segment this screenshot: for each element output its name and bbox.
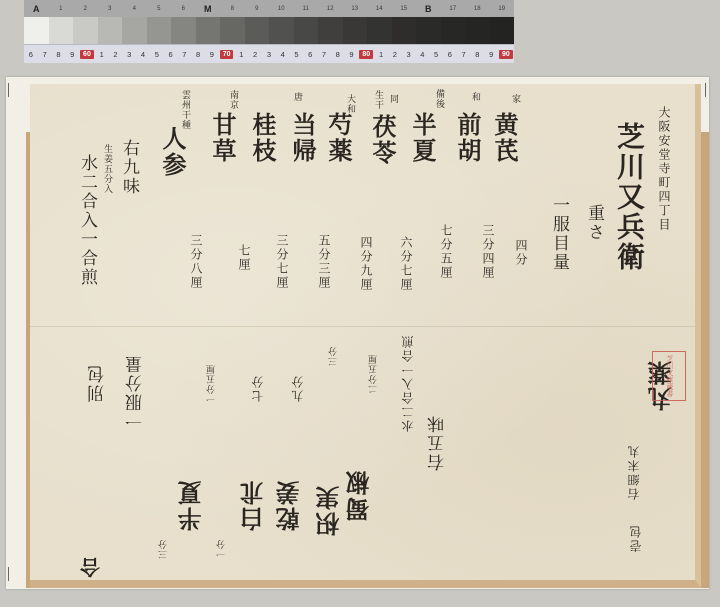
gray-patch	[49, 17, 74, 44]
scale-label: 14	[367, 6, 392, 12]
ruler-tick-label: 4	[136, 50, 150, 59]
ingredient-amount: 三分八厘	[190, 234, 202, 290]
lower-amount-note: 三分	[330, 346, 339, 366]
decoction-instruction: 水二合入一合煎	[78, 154, 95, 287]
gray-patch	[73, 17, 98, 44]
gray-patch	[392, 17, 417, 44]
ruler-tick-label: 9	[345, 50, 359, 59]
lower-separate-pack: 別包	[90, 364, 107, 402]
lower-amount-note: 七分	[252, 374, 264, 402]
lower-ingredient: 蜀椒	[348, 469, 372, 521]
gray-patch	[416, 17, 441, 44]
ingredient-origin: 家	[510, 94, 519, 104]
lower-amount-note: 三分	[160, 539, 169, 559]
gray-patch	[441, 17, 466, 44]
scale-label: 9	[245, 6, 270, 12]
ruler-tick-label: 2	[248, 50, 262, 59]
ingredient-amount: 三分七厘	[276, 234, 288, 290]
scale-label: 13	[343, 6, 368, 12]
gray-patch	[269, 17, 294, 44]
lower-decoction-instruction: 水二合入一合煎	[402, 334, 414, 432]
collector-seal-stamp: 芝川文庫蔵書	[652, 351, 686, 401]
lower-amount-note: 一分五厘	[208, 364, 217, 404]
ruler-tick-label: 8	[191, 50, 205, 59]
ingredient-name: 茯苓	[370, 114, 394, 166]
measurement-ruler: 678960123456789701234567898012345678990	[24, 44, 514, 63]
gray-patch	[122, 17, 147, 44]
gray-patch	[465, 17, 490, 44]
ingredient-amount: 三分四厘	[482, 224, 494, 280]
ruler-tick-label: 7	[317, 50, 331, 59]
gray-patch	[343, 17, 368, 44]
dose-title: 一服目量	[550, 196, 567, 272]
ingredient-amount: 七分五厘	[440, 224, 452, 280]
lower-total: 右五味	[430, 414, 447, 471]
ruler-tick-label: 6	[24, 50, 38, 59]
scale-label: 4	[122, 6, 147, 12]
color-calibration-target: A 1 2 3 4 5 6 M 8 9 10 11 12 13 14 15 B …	[24, 0, 514, 62]
lower-amount-note: 一分	[218, 539, 227, 559]
ingredient-name: 黄芪	[492, 112, 516, 164]
gray-patch-strip	[24, 17, 514, 44]
ingredient-origin: 南京	[228, 90, 237, 110]
ingredient-amount: 四分	[515, 239, 527, 267]
scale-label: 15	[392, 6, 417, 12]
ruler-tick-label: 5	[150, 50, 164, 59]
gray-patch	[98, 17, 123, 44]
scale-label: 5	[147, 6, 172, 12]
ingredient-origin: 備後	[434, 89, 443, 109]
scale-label: 2	[73, 6, 98, 12]
lower-ingredient: 白朮	[242, 479, 266, 531]
mount-edge-mark	[705, 83, 706, 97]
ingredient-origin: 雲州干種	[180, 90, 189, 130]
center-fold-line	[30, 326, 695, 327]
ingredient-amount: 六分七厘	[400, 236, 412, 292]
ginger-note: 生姜五分入	[102, 144, 111, 194]
pill-instruction: 右細末丸	[628, 444, 640, 500]
ingredient-name: 甘草	[210, 112, 234, 164]
ingredient-origin: 和	[470, 92, 479, 102]
ruler-tick-label: 9	[65, 50, 79, 59]
ingredient-origin: 生干	[373, 90, 382, 110]
ingredient-name: 桂枝	[250, 112, 274, 164]
gray-patch	[490, 17, 515, 44]
ruler-tick-label: 4	[276, 50, 290, 59]
gray-patch	[147, 17, 172, 44]
ruler-tick-label: 9	[205, 50, 219, 59]
ingredient-name: 人参	[160, 126, 184, 178]
lower-ingredient: 枳実	[318, 484, 342, 536]
scale-label: 18	[465, 6, 490, 12]
ingredient-amount: 四分九厘	[360, 236, 372, 292]
scale-label: A	[24, 4, 49, 14]
ingredient-amount: 七厘	[238, 244, 250, 272]
ruler-tick-label: 3	[262, 50, 276, 59]
ruler-tick-label: 2	[388, 50, 402, 59]
ingredient-total: 右九味	[120, 139, 137, 196]
gray-patch	[171, 17, 196, 44]
ruler-tick-label: 7	[457, 50, 471, 59]
lower-dose-title: 一服分量	[128, 354, 145, 430]
ruler-tick-label: 60	[80, 50, 94, 59]
gray-patch	[294, 17, 319, 44]
lower-amount-note: 二分五厘	[370, 354, 379, 394]
ruler-tick-label: 5	[290, 50, 304, 59]
pill-count: 壱包	[630, 524, 642, 552]
merchant-name: 芝川又兵衛	[615, 122, 643, 272]
gray-patch	[24, 17, 49, 44]
gray-patch	[220, 17, 245, 44]
gray-patch	[245, 17, 270, 44]
ruler-tick-label: 5	[429, 50, 443, 59]
ruler-tick-label: 1	[95, 50, 109, 59]
handwritten-prescription-document: 大阪安堂寺町四丁目 芝川又兵衛 重さ 一服目量 家 黄芪 四分 和 前胡 三分四…	[30, 84, 701, 588]
ruler-tick-label: 80	[359, 50, 373, 59]
scale-label: 3	[98, 6, 123, 12]
calibration-scale-labels: A 1 2 3 4 5 6 M 8 9 10 11 12 13 14 15 B …	[24, 0, 514, 17]
mount-edge-mark	[8, 83, 9, 97]
scale-label: B	[416, 4, 441, 14]
ruler-tick-label: 7	[177, 50, 191, 59]
ingredient-origin: 唐	[292, 92, 301, 102]
ingredient-name: 前胡	[455, 112, 479, 164]
lower-ingredient: 乾姜	[278, 479, 302, 531]
ruler-tick-label: 1	[374, 50, 388, 59]
ruler-tick-label: 6	[443, 50, 457, 59]
scale-label: 1	[49, 6, 74, 12]
ruler-tick-label: 90	[499, 50, 513, 59]
gray-patch	[318, 17, 343, 44]
scale-label: 8	[220, 6, 245, 12]
scale-label: 11	[294, 6, 319, 12]
scale-label: 10	[269, 6, 294, 12]
ingredient-amount: 五分三厘	[318, 234, 330, 290]
scale-label: 17	[441, 6, 466, 12]
ingredient-name: 芍薬	[326, 112, 350, 164]
mount-edge-mark	[8, 567, 9, 581]
lower-ingredient: 半夏	[180, 479, 204, 531]
ruler-tick-label: 70	[220, 50, 234, 59]
gray-patch	[196, 17, 221, 44]
ruler-tick-label: 2	[109, 50, 123, 59]
ruler-tick-label: 4	[415, 50, 429, 59]
scale-label: 12	[318, 6, 343, 12]
scale-label: 6	[171, 6, 196, 12]
ingredient-origin: 大和	[345, 94, 354, 114]
ruler-tick-label: 7	[38, 50, 52, 59]
gray-patch	[367, 17, 392, 44]
scale-label: M	[196, 4, 221, 14]
ruler-tick-label: 8	[52, 50, 66, 59]
ruler-tick-label: 9	[484, 50, 498, 59]
ingredient-origin: 同	[388, 94, 397, 104]
ruler-tick-label: 3	[122, 50, 136, 59]
ruler-tick-label: 3	[402, 50, 416, 59]
ruler-tick-label: 8	[471, 50, 485, 59]
ruler-tick-label: 6	[303, 50, 317, 59]
ruler-tick-label: 1	[234, 50, 248, 59]
ingredient-name: 当帰	[290, 112, 314, 164]
ruler-tick-label: 6	[164, 50, 178, 59]
corner-mark: 合	[80, 554, 100, 583]
ruler-tick-label: 8	[331, 50, 345, 59]
weight-header: 重さ	[585, 204, 602, 242]
merchant-address: 大阪安堂寺町四丁目	[658, 106, 670, 232]
scale-label: 19	[490, 6, 515, 12]
lower-amount-note: 九分	[292, 374, 304, 402]
ingredient-name: 半夏	[410, 112, 434, 164]
